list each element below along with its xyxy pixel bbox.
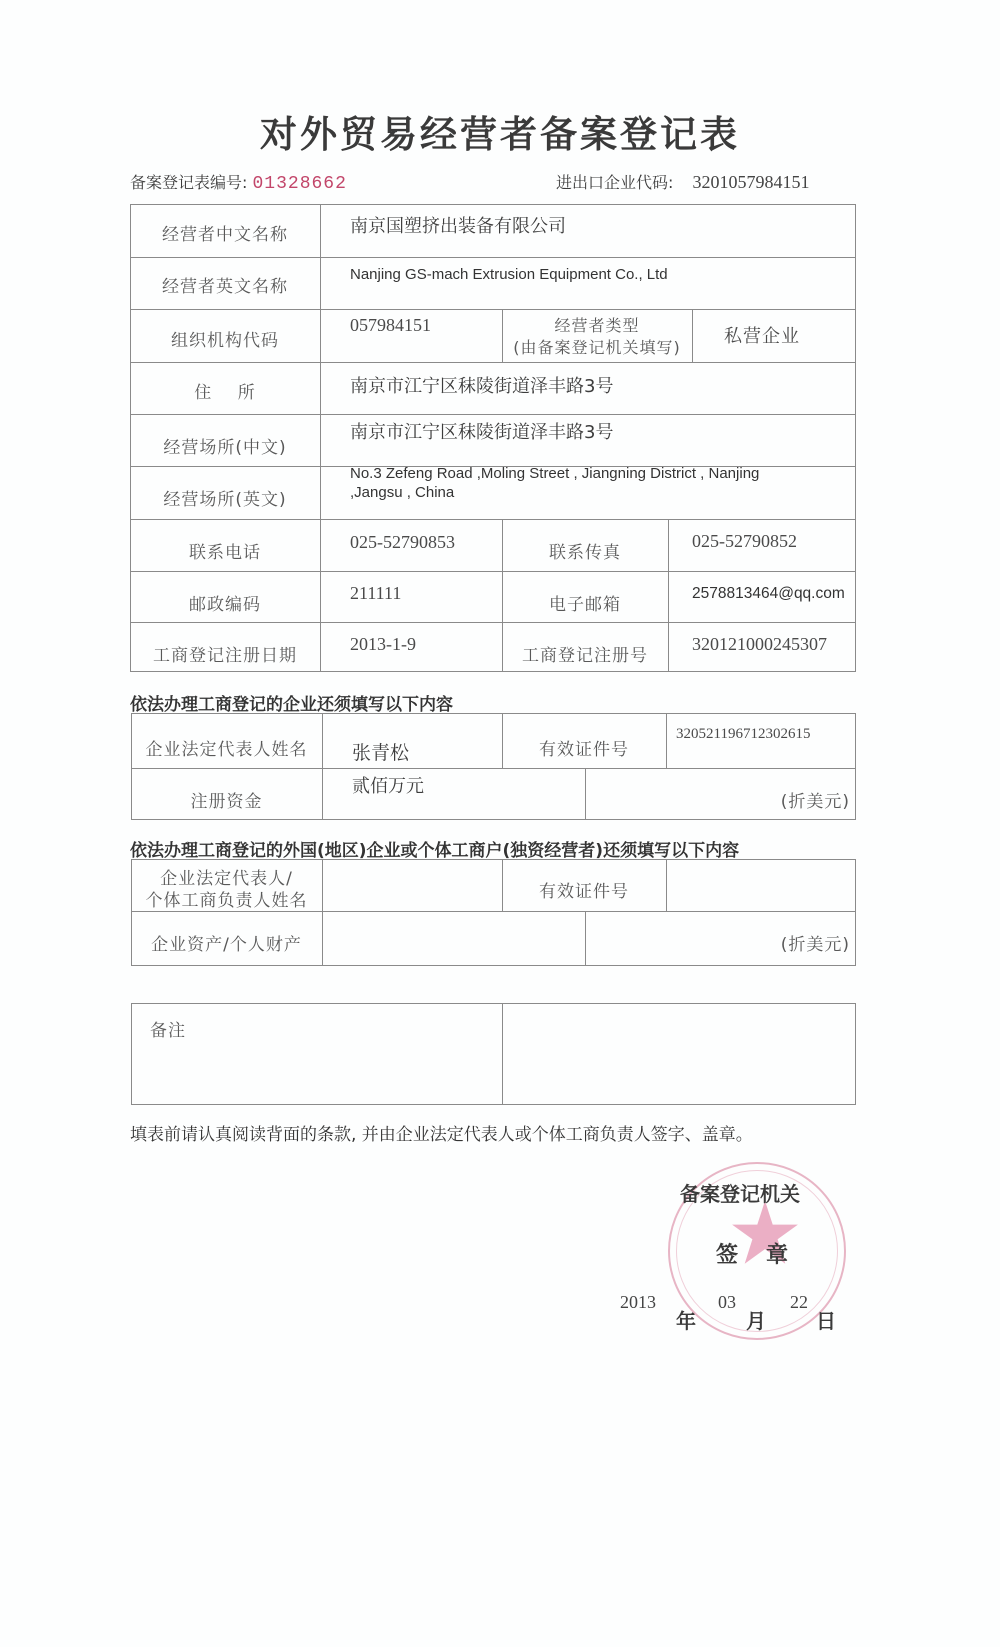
phone-value: 025-52790853 (350, 532, 455, 553)
operator-type-sublabel: (由备案登记机关填写) (502, 335, 692, 358)
cn-name-label: 经营者中文名称 (130, 220, 320, 245)
legal-rep-label: 企业法定代表人姓名 (131, 735, 322, 760)
date-month-unit: 月 (746, 1305, 766, 1334)
id-number-value: 320521196712302615 (676, 726, 810, 743)
divider (131, 768, 856, 769)
divider (130, 204, 856, 205)
divider (855, 1003, 856, 1105)
foreign-usd-equivalent-label: (折美元) (760, 930, 850, 955)
divider (131, 859, 856, 860)
usd-equivalent-label: (折美元) (760, 787, 850, 812)
enterprise-code-row: 进出口企业代码: 3201057984151 (556, 170, 810, 193)
divider (131, 1104, 856, 1105)
business-address-en-label: 经营场所(英文) (130, 485, 320, 510)
divider (130, 309, 856, 310)
divider (130, 257, 856, 258)
divider (130, 622, 856, 623)
seal-star-icon (730, 1198, 800, 1268)
assets-label: 企业资产/个人财产 (131, 930, 322, 955)
org-code-label: 组织机构代码 (130, 326, 320, 351)
divider (130, 671, 856, 672)
form-title: 对外贸易经营者备案登记表 (0, 104, 1000, 158)
divider (322, 859, 323, 966)
divider (322, 713, 323, 820)
cn-name-value: 南京国塑挤出装备有限公司 (350, 212, 566, 238)
foreign-section-heading: 依法办理工商登记的外国(地区)企业或个体工商户(独资经营者)还须填写以下内容 (130, 836, 739, 861)
footer-note: 填表前请认真阅读背面的条款, 并由企业法定代表人或个体工商负责人签字、盖章。 (130, 1120, 753, 1145)
divider (131, 911, 856, 912)
divider (585, 768, 586, 820)
divider (130, 414, 856, 415)
divider (131, 713, 856, 714)
operator-type-value: 私营企业 (692, 322, 832, 348)
remarks-label: 备注 (150, 1016, 186, 1041)
fax-value: 025-52790852 (692, 531, 797, 552)
email-label: 电子邮箱 (502, 590, 668, 615)
divider (585, 911, 586, 966)
residence-value: 南京市江宁区秣陵街道泽丰路3号 (350, 372, 613, 398)
postal-code-label: 邮政编码 (130, 590, 320, 615)
divider (320, 204, 321, 672)
filing-authority-label: 备案登记机关 (680, 1178, 800, 1207)
business-address-cn-value: 南京市江宁区秣陵街道泽丰路3号 (350, 418, 613, 444)
en-name-value: Nanjing GS-mach Extrusion Equipment Co.,… (350, 266, 668, 283)
registered-capital-label: 注册资金 (131, 787, 322, 812)
registration-number-label: 工商登记注册号 (502, 641, 668, 666)
foreign-rep-label-line2: 个体工商负责人姓名 (131, 886, 322, 911)
fax-label: 联系传真 (502, 538, 668, 563)
business-address-en-line2: ,Jangsu , China (350, 484, 454, 501)
registration-date-label: 工商登记注册日期 (130, 641, 320, 666)
divider (131, 819, 856, 820)
date-year-unit: 年 (676, 1305, 696, 1334)
registration-number-value: 320121000245307 (692, 634, 827, 655)
legal-rep-value: 张青松 (352, 738, 409, 765)
id-number-label: 有效证件号 (502, 735, 666, 760)
divider (855, 204, 856, 672)
divider (130, 519, 856, 520)
divider (130, 362, 856, 363)
divider (666, 859, 667, 911)
divider (855, 859, 856, 966)
business-address-cn-label: 经营场所(中文) (130, 433, 320, 458)
registered-capital-value: 贰佰万元 (352, 772, 424, 798)
divider (502, 1003, 503, 1105)
serial-label: 备案登记表编号: (130, 173, 247, 192)
date-month: 03 (718, 1292, 736, 1313)
divider (131, 1003, 856, 1004)
serial-number: 01328662 (253, 174, 347, 194)
date-day-unit: 日 (816, 1305, 836, 1334)
operator-type-label: 经营者类型 (502, 313, 692, 336)
foreign-id-label: 有效证件号 (502, 877, 666, 902)
date-day: 22 (790, 1292, 808, 1313)
seal-label-stamp: 章 (766, 1238, 788, 1269)
email-value: 2578813464@qq.com (692, 585, 845, 603)
residence-label: 住 所 (130, 378, 320, 403)
divider (668, 519, 669, 671)
postal-code-value: 211111 (350, 583, 401, 604)
date-year: 2013 (620, 1292, 656, 1313)
divider (666, 713, 667, 768)
org-code-value: 057984151 (350, 315, 431, 336)
divider (131, 1003, 132, 1105)
seal-label-sign: 签 (716, 1238, 738, 1269)
business-address-en-line1: No.3 Zefeng Road ,Moling Street , Jiangn… (350, 465, 759, 482)
serial-row: 备案登记表编号: 01328662 (130, 170, 347, 194)
registration-date-value: 2013-1-9 (350, 634, 416, 655)
divider (130, 571, 856, 572)
divider (855, 713, 856, 820)
enterprise-code-label: 进出口企业代码: (556, 173, 673, 192)
en-name-label: 经营者英文名称 (130, 272, 320, 297)
domestic-section-heading: 依法办理工商登记的企业还须填写以下内容 (130, 690, 453, 715)
divider (131, 965, 856, 966)
enterprise-code-value: 3201057984151 (693, 172, 810, 192)
phone-label: 联系电话 (130, 538, 320, 563)
